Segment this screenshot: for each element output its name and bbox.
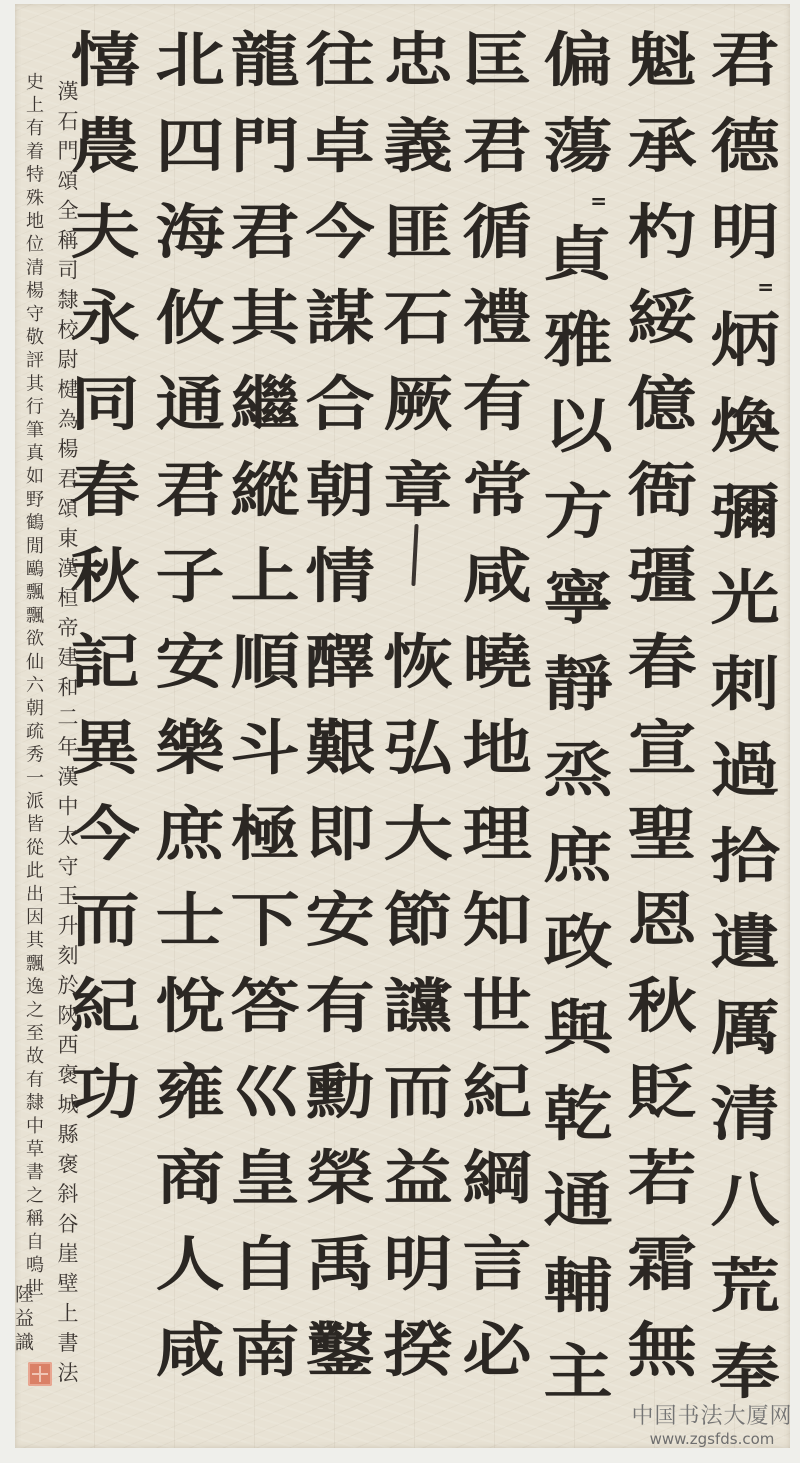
glyph: 遺 — [699, 903, 792, 982]
glyph: 世 — [451, 967, 544, 1046]
glyph: 蕩 — [532, 107, 625, 186]
glyph: 庶 — [532, 817, 625, 896]
glyph: 雅 — [532, 301, 625, 380]
glyph: 紀 — [451, 1053, 544, 1132]
glyph: 循 — [451, 193, 544, 272]
glyph: 拾 — [699, 817, 792, 896]
glyph: 宣 — [616, 709, 709, 788]
glyph: 悅 — [144, 967, 237, 1046]
text-column-5: 忠 義 匪 石 厥 章 恢 弘 大 節 讜 而 益 明 揆 — [375, 18, 461, 1394]
glyph: 禮 — [451, 279, 544, 358]
glyph: 煥 — [699, 387, 792, 466]
glyph: 商 — [144, 1139, 237, 1218]
glyph: 主 — [532, 1333, 625, 1412]
glyph: 綱 — [451, 1139, 544, 1218]
glyph: 人 — [144, 1225, 237, 1304]
glyph: 過 — [699, 731, 792, 810]
glyph: 清 — [699, 1075, 792, 1154]
glyph: 億 — [616, 365, 709, 444]
glyph: 光 — [699, 559, 792, 638]
glyph: 偏 — [532, 21, 625, 100]
glyph: 知 — [451, 881, 544, 960]
glyph: 北 — [144, 21, 237, 100]
signature: 陸益識 — [10, 1284, 37, 1356]
glyph: 君 — [451, 107, 544, 186]
glyph: 靜 — [532, 645, 625, 724]
glyph: 曉 — [451, 623, 544, 702]
glyph: 方 — [532, 473, 625, 552]
glyph: 攸 — [144, 279, 237, 358]
glyph: 奉 — [699, 1333, 792, 1412]
text-column-2: 魁 承 杓 綏 億 衙 彊 春 宣 聖 恩 秋 貶 若 霜 無 — [619, 18, 705, 1394]
glyph: 常 — [451, 451, 544, 530]
inscription-column-2: 史上有着特殊地位清楊守敬評其行筆真如野鶴閒鷗飄飄欲仙六朝疏秀一派皆從此出因其飄逸… — [20, 72, 46, 1302]
glyph: 厲 — [699, 989, 792, 1068]
glyph: 彊 — [616, 537, 709, 616]
glyph: 炳 — [699, 301, 792, 380]
glyph: 明 — [699, 193, 792, 272]
text-column-3: 偏 蕩 = 貞 雅 以 方 寧 靜 烝 庶 政 與 乾 通 輔 主 — [535, 18, 621, 1416]
glyph: 承 — [616, 107, 709, 186]
glyph: 通 — [144, 365, 237, 444]
glyph: 庶 — [144, 795, 237, 874]
watermark: 中国书法大厦网 www.zgsfds.com — [628, 1404, 796, 1448]
glyph: 君 — [699, 21, 792, 100]
glyph: 八 — [699, 1161, 792, 1240]
text-column-4: 匡 君 循 禮 有 常 咸 曉 地 理 知 世 紀 綱 言 必 — [454, 18, 540, 1394]
glyph: 貞 — [532, 215, 625, 294]
glyph: 必 — [451, 1311, 544, 1390]
glyph: 地 — [451, 709, 544, 788]
glyph: 魁 — [616, 21, 709, 100]
glyph: 霜 — [616, 1225, 709, 1304]
glyph: 咸 — [451, 537, 544, 616]
glyph: 彌 — [699, 473, 792, 552]
glyph: 德 — [699, 107, 792, 186]
glyph: 雍 — [144, 1053, 237, 1132]
glyph: 咸 — [144, 1311, 237, 1390]
text-column-8: 北 四 海 攸 通 君 子 安 樂 庶 士 悅 雍 商 人 咸 — [147, 18, 233, 1394]
watermark-url: www.zgsfds.com — [628, 1430, 796, 1448]
glyph: 樂 — [144, 709, 237, 788]
watermark-site-name: 中国书法大厦网 — [628, 1404, 796, 1430]
glyph: 君 — [144, 451, 237, 530]
glyph: 聖 — [616, 795, 709, 874]
glyph: 寧 — [532, 559, 625, 638]
glyph: 言 — [451, 1225, 544, 1304]
glyph: 四 — [144, 107, 237, 186]
glyph: 烝 — [532, 731, 625, 810]
glyph: 刺 — [699, 645, 792, 724]
glyph: 以 — [532, 387, 625, 466]
glyph: 士 — [144, 881, 237, 960]
glyph: 輔 — [532, 1247, 625, 1326]
glyph: 綏 — [616, 279, 709, 358]
glyph: 荒 — [699, 1247, 792, 1326]
glyph: 貶 — [616, 1053, 709, 1132]
glyph: 匡 — [451, 21, 544, 100]
glyph: 無 — [616, 1311, 709, 1390]
ditto-mark: = — [535, 190, 621, 212]
glyph: 衙 — [616, 451, 709, 530]
glyph: 有 — [451, 365, 544, 444]
ditto-mark: = — [702, 276, 788, 298]
red-seal-stamp — [28, 1362, 52, 1386]
glyph: 與 — [532, 989, 625, 1068]
glyph: 若 — [616, 1139, 709, 1218]
glyph: 杓 — [616, 193, 709, 272]
glyph: 恩 — [616, 881, 709, 960]
glyph: 通 — [532, 1161, 625, 1240]
glyph: 乾 — [532, 1075, 625, 1154]
text-column-1: 君 德 明 = 炳 煥 彌 光 刺 過 拾 遺 厲 清 八 荒 奉 — [702, 18, 788, 1416]
glyph: 子 — [144, 537, 237, 616]
glyph: 理 — [451, 795, 544, 874]
inscription-column-1: 漢石門頌全稱司隸校尉楗為楊君頌東漢桓帝建和二年漢中太守王升刻於陝西褒城縣褒斜谷崖… — [52, 80, 82, 1391]
glyph: 秋 — [616, 967, 709, 1046]
glyph: 春 — [616, 623, 709, 702]
glyph: 海 — [144, 193, 237, 272]
glyph: 安 — [144, 623, 237, 702]
glyph: 政 — [532, 903, 625, 982]
brush-stroke-tail — [375, 534, 461, 620]
